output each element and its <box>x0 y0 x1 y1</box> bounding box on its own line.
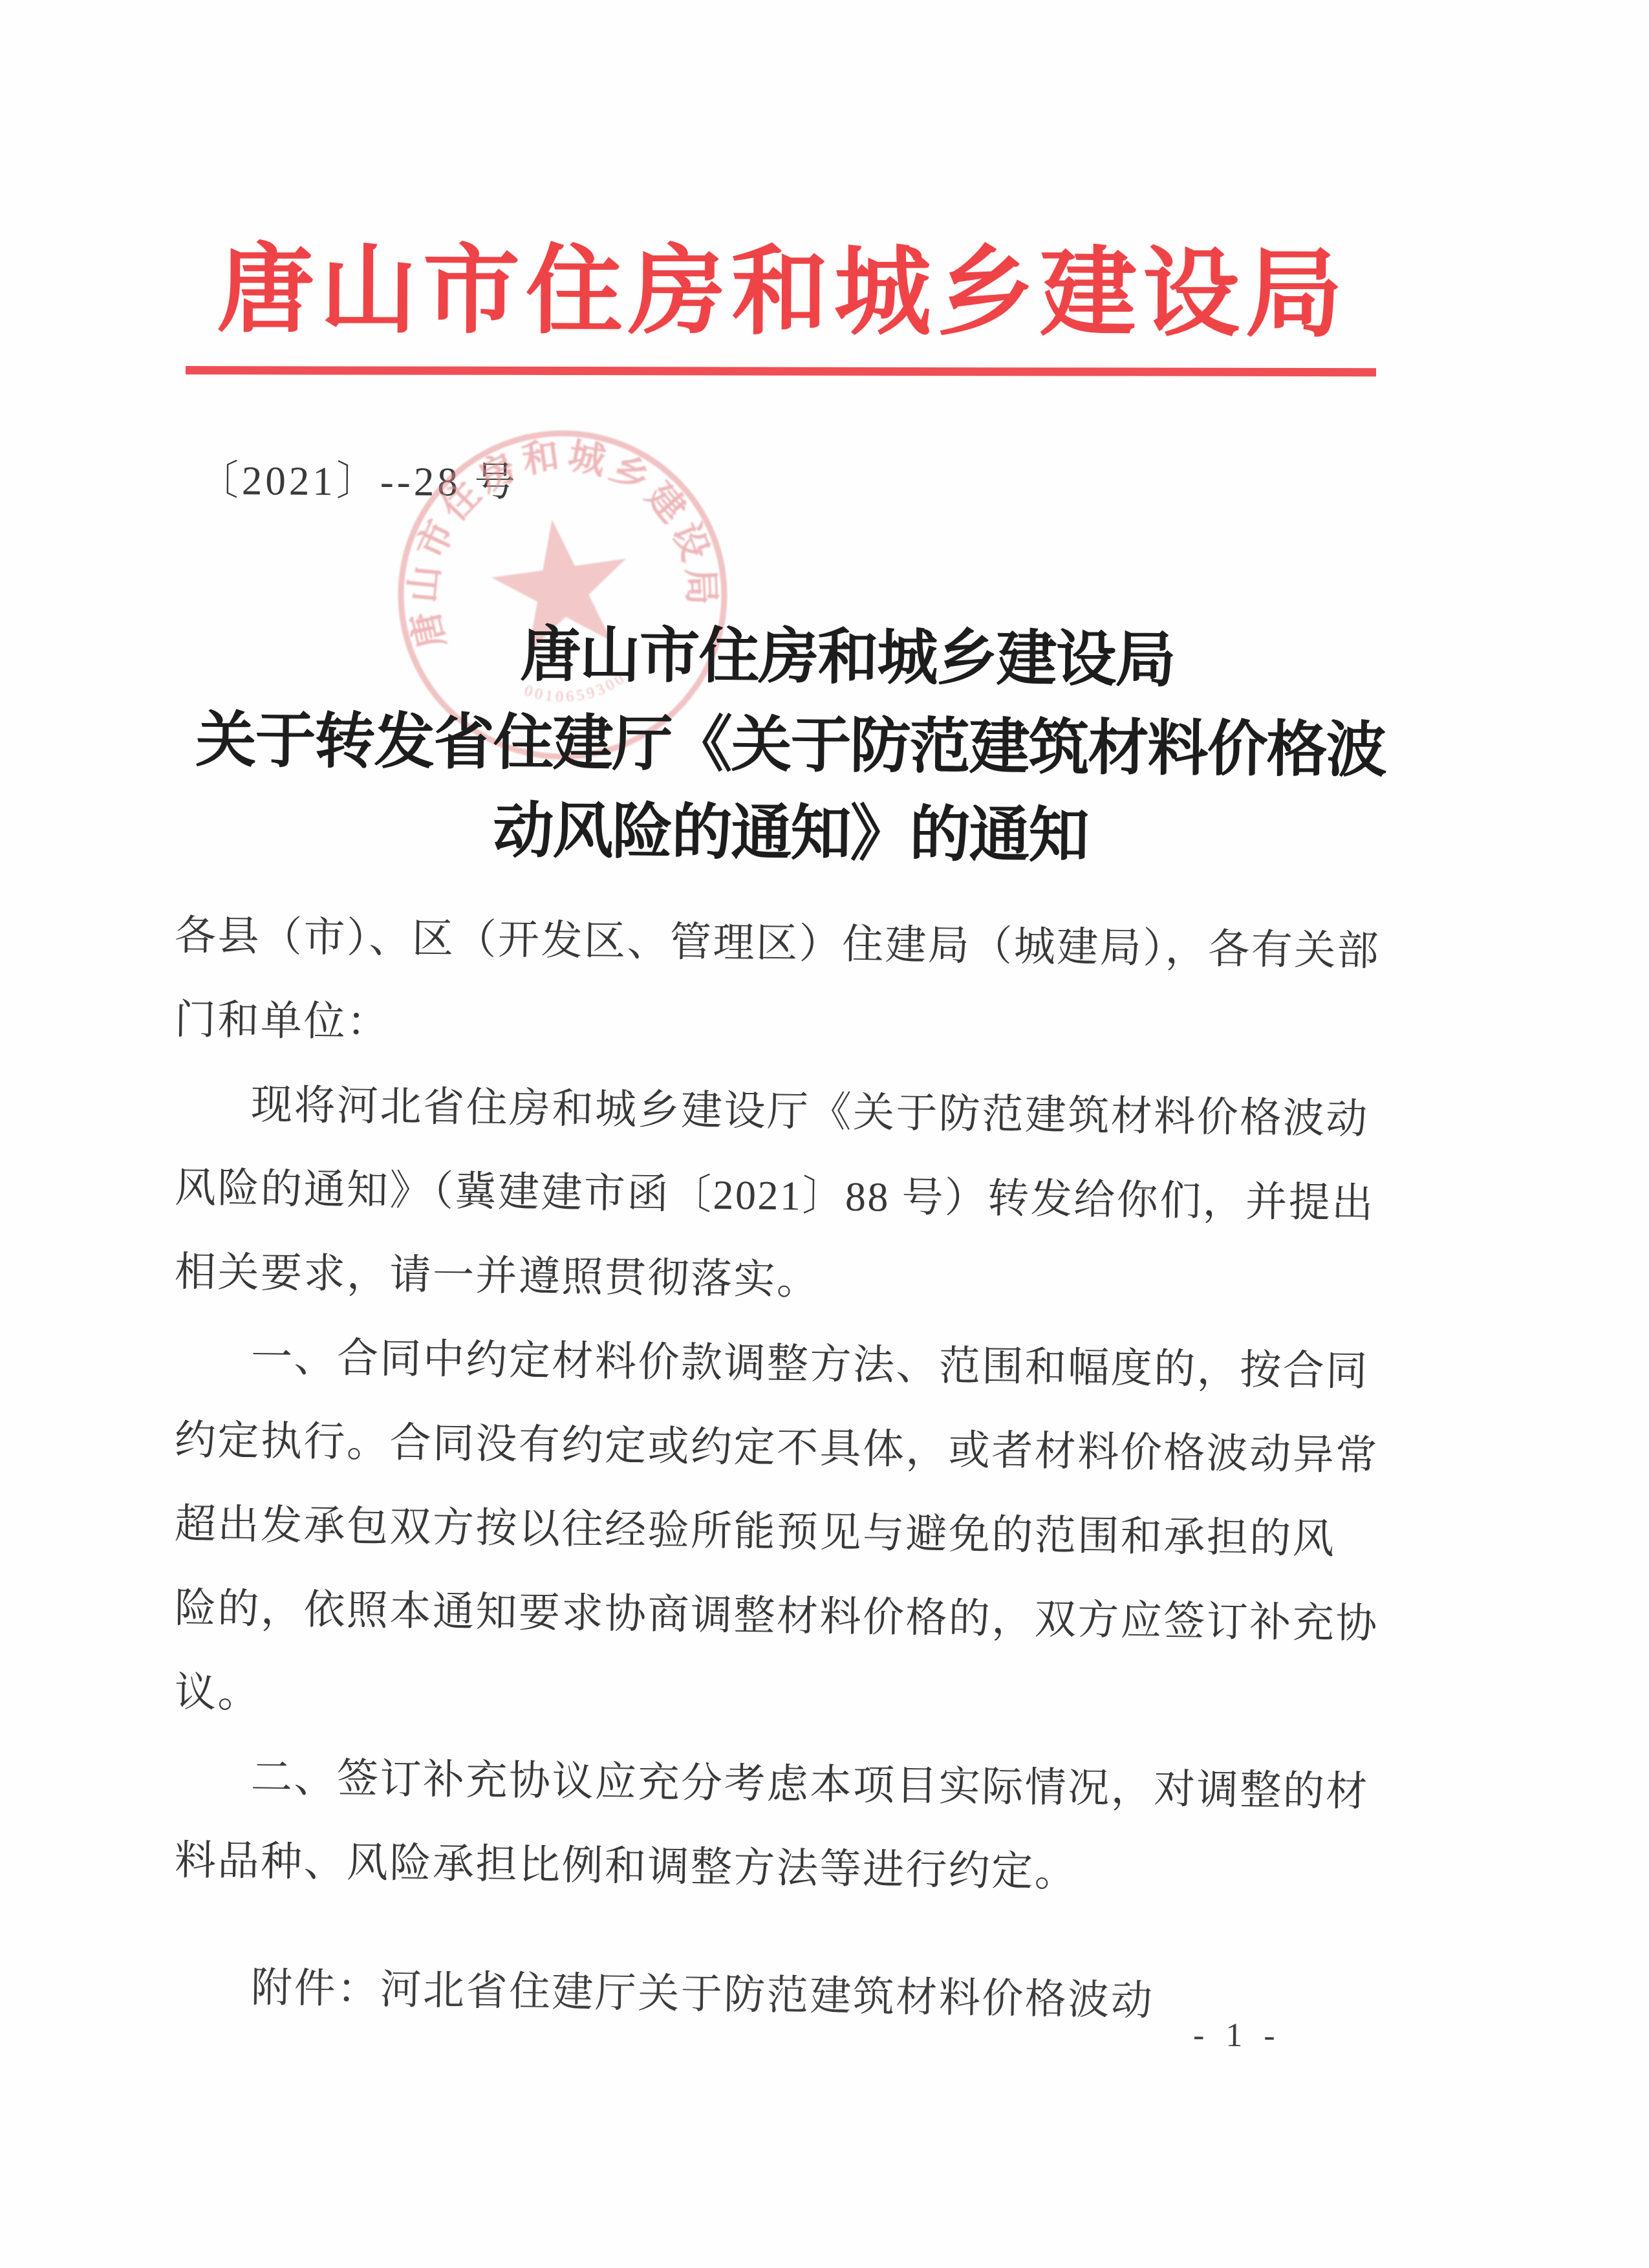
body-line: 议。 <box>174 1650 1443 1751</box>
body-line: 各县（市）、区（开发区、管理区）住建局（城建局），各有关部 <box>174 894 1443 995</box>
body-line: 一、合同中约定材料价款调整方法、范围和幅度的，按合同 <box>174 1314 1443 1415</box>
body-line: 门和单位： <box>174 978 1443 1079</box>
page-number: - 1 - <box>1193 2016 1282 2055</box>
letterhead-agency-title: 唐山市住房和城乡建设局 <box>217 211 1349 356</box>
document-body: 各县（市）、区（开发区、管理区）住建局（城建局），各有关部 门和单位： 现将河北… <box>175 894 1442 1903</box>
document-title-line-1: 唐山市住房和城乡建设局 <box>231 609 1463 707</box>
body-line: 现将河北省住房和城乡建设厅《关于防范建筑材料价格波动 <box>174 1062 1443 1163</box>
scanned-document-page: 唐山市住房和城乡建设局 〔2021〕--28 号 唐山市住房和城乡建设局 001… <box>0 0 1649 2268</box>
body-line: 风险的通知》（冀建建市函〔2021〕88 号）转发给你们，并提出 <box>174 1146 1443 1247</box>
document-title: 唐山市住房和城乡建设局 关于转发省住建厅《关于防范建筑材料价格波 动风险的通知》… <box>175 609 1406 872</box>
body-line: 约定执行。合同没有约定或约定不具体，或者材料价格波动异常 <box>174 1398 1443 1499</box>
body-line: 相关要求，请一并遵照贯彻落实。 <box>174 1230 1443 1331</box>
document-title-line-3: 动风险的通知》的通知 <box>174 784 1406 883</box>
body-line: 超出发承包双方按以往经验所能预见与避免的范围和承担的风 <box>174 1482 1443 1583</box>
attachment-line: 附件：河北省住建厅关于防范建筑材料价格波动 <box>174 1945 1519 2049</box>
document-title-line-2: 关于转发省住建厅《关于防范建筑材料价格波 <box>174 697 1406 795</box>
body-line: 险的，依照本通知要求协商调整材料价格的，双方应签订补充协 <box>174 1566 1443 1667</box>
body-line: 料品种、风险承担比例和调整方法等进行约定。 <box>174 1819 1443 1919</box>
body-line: 二、签订补充协议应充分考虑本项目实际情况，对调整的材 <box>174 1734 1443 1835</box>
